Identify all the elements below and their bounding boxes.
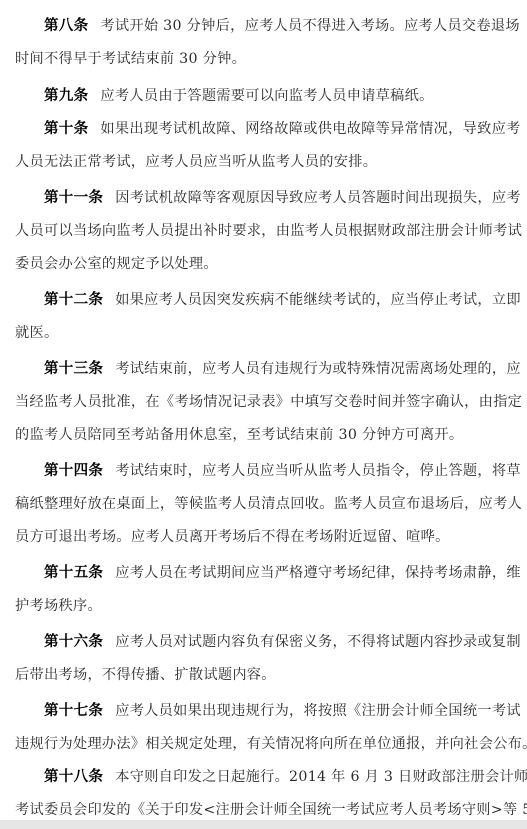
article-label: 第十一条 [44,190,103,206]
article-13-line-3: 的监考人员陪同至考站备用休息室，至考试结束前 30 分钟方可离开。 [15,419,515,451]
article-16-line-1: 第十六条应考人员对试题内容负有保密义务，不得将试题内容抄录或复制 [44,626,515,658]
page-bottom-edge [0,820,527,829]
article-8-line-2: 时间不得早于考试结束前 30 分钟。 [15,43,515,75]
article-8-line-1: 第八条考试开始 30 分钟后，应考人员不得进入考场。应考人员交卷退场 [44,10,515,42]
article-label: 第十三条 [44,361,103,377]
article-label: 第十五条 [44,565,103,581]
article-15-line-1: 第十五条应考人员在考试期间应当严格遵守考场纪律，保持考场肃静，维 [44,557,515,589]
article-14-line-3: 员方可退出考场。应考人员离开考场后不得在考场附近逗留、喧哗。 [15,521,515,553]
article-15-line-2: 护考场秩序。 [15,590,515,622]
article-label: 第十八条 [44,769,103,785]
article-13-line-1: 第十三条考试结束前，应考人员有违规行为或特殊情况需离场处理的，应 [44,353,515,385]
article-12-line-1: 第十二条如果应考人员因突发疾病不能继续考试的，应当停止考试，立即 [44,284,515,316]
article-label: 第十七条 [44,703,103,719]
article-12-line-2: 就医。 [15,317,515,349]
article-17-line-2: 违规行为处理办法》相关规定处理，有关情况将向所在单位通报，并向社会公布。 [15,728,515,760]
article-label: 第九条 [44,88,88,104]
article-label: 第十条 [44,121,88,137]
article-label: 第十四条 [44,463,103,479]
article-11-line-2: 人员可以当场向监考人员提出补时要求，由监考人员根据财政部注册会计师考试 [15,215,515,247]
article-14-line-1: 第十四条考试结束时，应考人员应当听从监考人员指令，停止答题，将草 [44,455,515,487]
article-label: 第十六条 [44,634,103,650]
article-label: 第八条 [44,18,88,34]
article-9-line-1: 第九条应考人员由于答题需要可以向监考人员申请草稿纸。 [44,80,515,112]
article-11-line-3: 委员会办公室的规定予以处理。 [15,248,515,280]
article-18-line-1: 第十八条本守则自印发之日起施行。2014 年 6 月 3 日财政部注册会计师 [44,761,515,793]
article-14-line-2: 稿纸整理好放在桌面上，等候监考人员清点回收。监考人员宣布退场后，应考人 [15,488,515,520]
article-10-line-2: 人员无法正常考试，应考人员应当听从监考人员的安排。 [15,146,515,178]
document-page: 第八条考试开始 30 分钟后，应考人员不得进入考场。应考人员交卷退场 时间不得早… [0,0,527,820]
article-16-line-2: 后带出考场，不得传播、扩散试题内容。 [15,659,515,691]
article-17-line-1: 第十七条应考人员如果出现违规行为，将按照《注册会计师全国统一考试 [44,695,515,727]
article-13-line-2: 当经监考人员批准，在《考场情况记录表》中填写交卷时间并签字确认，由指定 [15,386,515,418]
article-10-line-1: 第十条如果出现考试机故障、网络故障或供电故障等异常情况，导致应考 [44,113,515,145]
article-label: 第十二条 [44,292,103,308]
article-11-line-1: 第十一条因考试机故障等客观原因导致应考人员答题时间出现损失，应考 [44,182,515,214]
